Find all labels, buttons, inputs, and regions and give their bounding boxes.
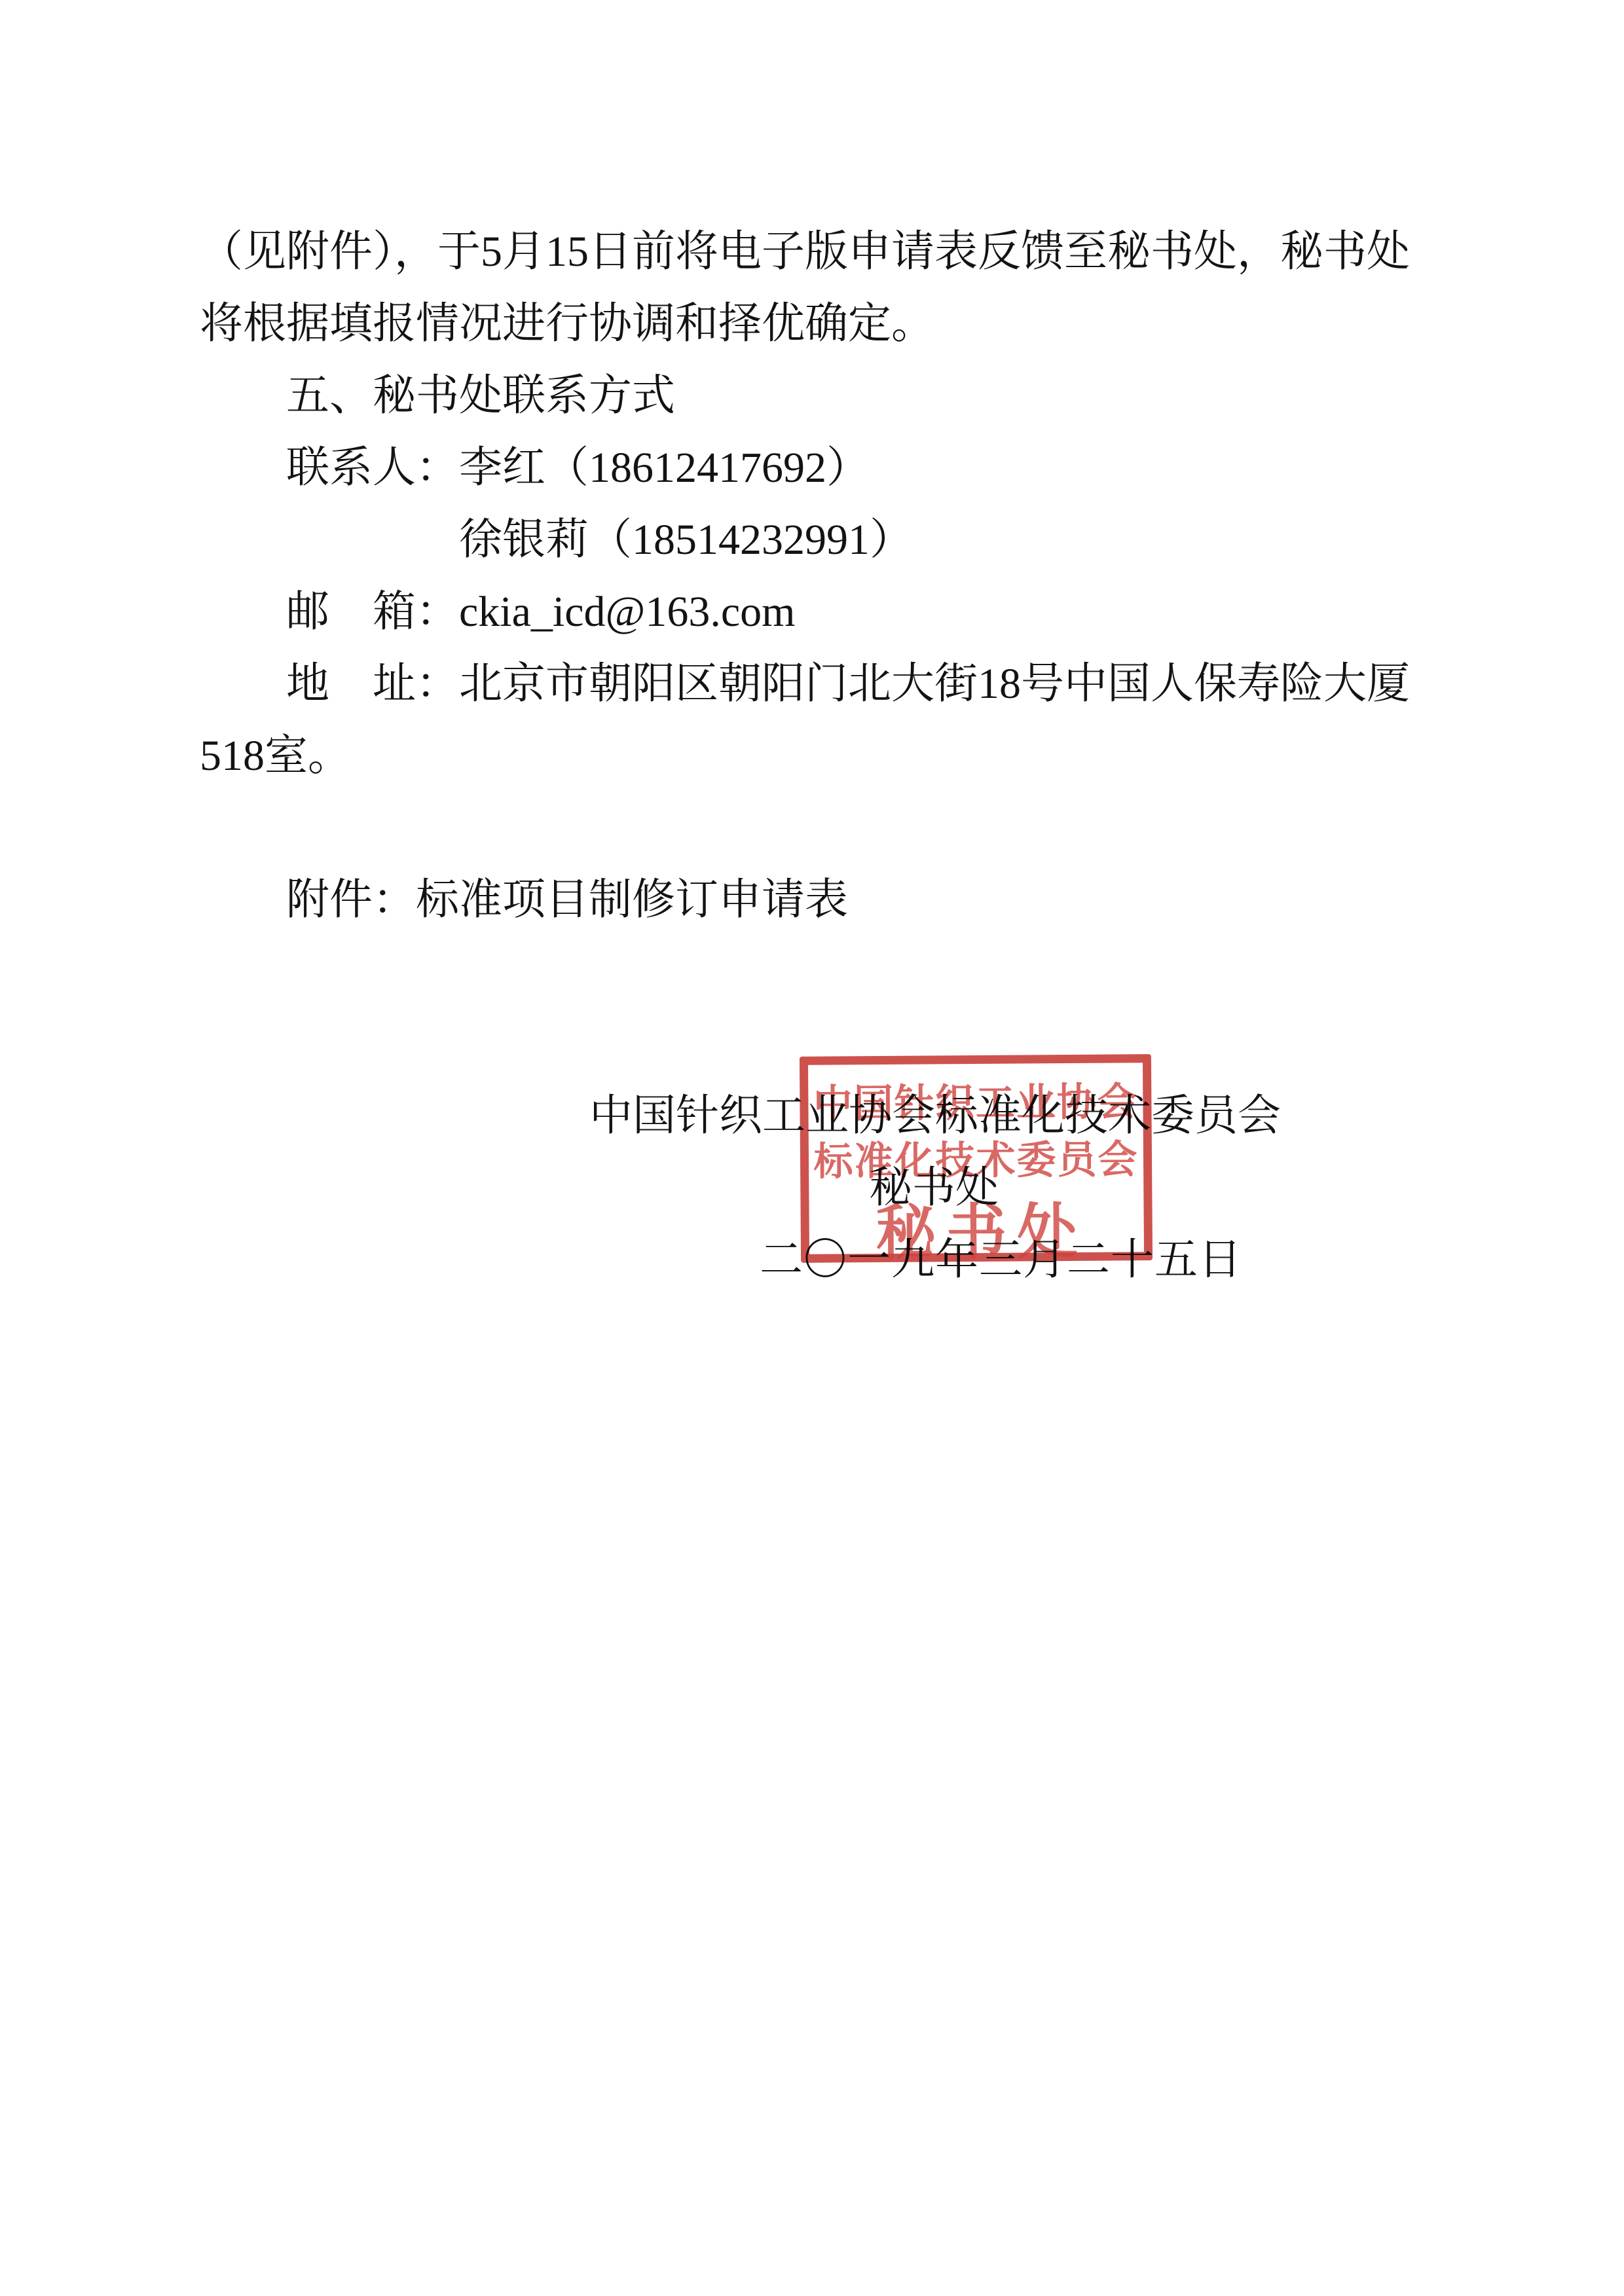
body-line: （见附件），于5月15日前将电子版申请表反馈至秘书处，秘书处 bbox=[200, 216, 1434, 288]
blank-line bbox=[200, 936, 1434, 1008]
seal-text-line-3: 秘书处 bbox=[809, 1183, 1144, 1272]
body-line: 将根据填报情况进行协调和择优确定。 bbox=[200, 288, 1434, 360]
attachment-line: 附件：标准项目制修订申请表 bbox=[200, 864, 1434, 936]
document-page: （见附件），于5月15日前将电子版申请表反馈至秘书处，秘书处 将根据填报情况进行… bbox=[0, 0, 1624, 2296]
contact-person-line: 徐银莉（18514232991） bbox=[200, 504, 1434, 576]
seal-text-line-1: 中国针织工业协会 bbox=[808, 1070, 1143, 1129]
email-line: 邮 箱：ckia_icd@163.com bbox=[200, 576, 1434, 648]
section-heading: 五、秘书处联系方式 bbox=[200, 360, 1434, 432]
address-line-continued: 518室。 bbox=[200, 720, 1434, 792]
seal-text-line-2: 标准化技术委员会 bbox=[809, 1128, 1144, 1187]
blank-line bbox=[200, 792, 1434, 864]
official-seal: 中国针织工业协会 标准化技术委员会 秘书处 bbox=[800, 1054, 1153, 1263]
contact-person-line: 联系人：李红（18612417692） bbox=[200, 432, 1434, 504]
address-line: 地 址：北京市朝阳区朝阳门北大街18号中国人保寿险大厦 bbox=[200, 648, 1434, 720]
